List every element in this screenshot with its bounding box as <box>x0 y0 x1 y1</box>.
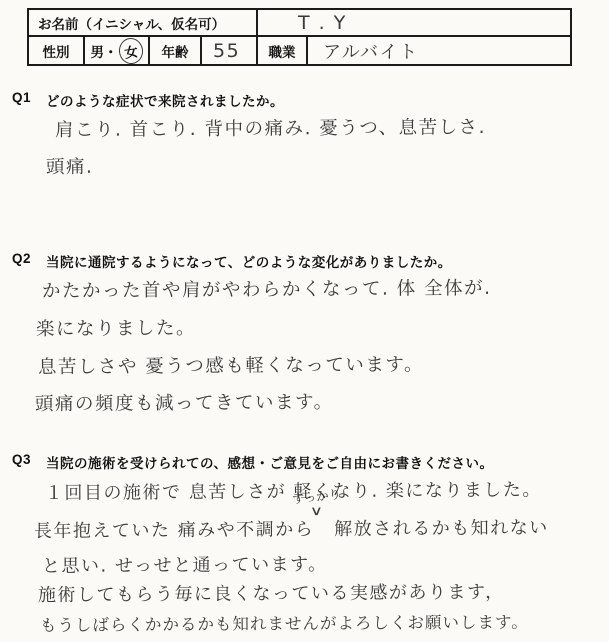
inserted-word-slot: すっかり∨ <box>314 517 334 535</box>
q1-number: Q1 <box>12 90 31 110</box>
q2-answer-line: 頭痛の頻度も減ってきています。 <box>35 388 334 416</box>
patient-info-table: お名前（イニシャル、仮名可） T . Y 性別 男・ 女 年齢 55 職業 アル… <box>27 8 572 66</box>
q3-answer-line: もうしばらくかかるかも知れませんがよろしくお願いします。 <box>40 609 529 636</box>
q2-answer-line: かたかった首や肩がやわらかくなって. 体 全体が. <box>42 274 492 303</box>
q2-question-text: 当院に通院するようになって、どのような変化がありましたか。 <box>46 251 452 271</box>
q3-question-text: 当院の施術を受けられての、感想・ご意見をご自由にお書きください。 <box>46 452 493 472</box>
job-label-cell: 職業 <box>258 37 308 64</box>
q3-answer-line: 施術してもらう毎に良くなっている実感があります， <box>38 578 505 607</box>
age-value: 55 <box>207 40 240 62</box>
job-value: アルバイト <box>313 38 419 64</box>
q3-answer-line-with-insertion: 長年抱えていた 痛みや不調からすっかり∨解放されるかも知れない <box>34 513 549 543</box>
job-label: 職業 <box>269 41 296 61</box>
name-label: お名前（イニシャル、仮名可） <box>38 13 225 33</box>
gender-label: 性別 <box>43 41 70 61</box>
gender-label-cell: 性別 <box>29 37 85 64</box>
q3-answer-line: と思い. せっせと通っています。 <box>42 550 328 578</box>
gender-female-option: 女 <box>122 40 138 62</box>
q3-line2-after: 解放されるかも知れない <box>334 517 549 539</box>
gender-male-option: 男・ <box>91 41 118 61</box>
name-value: T . Y <box>263 12 347 34</box>
q2-number: Q2 <box>12 251 31 271</box>
job-value-cell: アルバイト <box>308 37 570 64</box>
q1-question-text: どのような症状で来院されましたか。 <box>46 90 284 110</box>
question-q3: Q3 当院の施術を受けられての、感想・ご意見をご自由にお書きください。 <box>12 452 493 472</box>
q1-answer-line: 肩こり. 首こり. 背中の痛み. 憂うつ、息苦しさ. <box>55 113 486 142</box>
q3-number: Q3 <box>12 452 31 472</box>
age-label-cell: 年齢 <box>150 37 202 64</box>
name-value-cell: T . Y <box>258 10 570 37</box>
question-q2: Q2 当院に通院するようになって、どのような変化がありましたか。 <box>12 251 452 271</box>
insertion-caret-icon: ∨ <box>310 504 326 519</box>
gender-value-cell: 男・ 女 <box>85 37 150 64</box>
q3-line2-before: 長年抱えていた 痛みや不調から <box>34 519 314 542</box>
q2-answer-line: 息苦しさや 憂うつ感も軽くなっています。 <box>38 350 424 379</box>
age-label: 年齢 <box>162 41 189 61</box>
q1-answer-line: 頭痛. <box>46 153 94 179</box>
name-label-cell: お名前（イニシャル、仮名可） <box>29 10 258 37</box>
question-q1: Q1 どのような症状で来院されましたか。 <box>12 90 284 110</box>
gender-female-circled: 女 <box>117 36 144 65</box>
age-value-cell: 55 <box>202 37 258 64</box>
q2-answer-line: 楽になりました。 <box>36 314 196 341</box>
scanned-questionnaire-page: お名前（イニシャル、仮名可） T . Y 性別 男・ 女 年齢 55 職業 アル… <box>0 0 609 642</box>
